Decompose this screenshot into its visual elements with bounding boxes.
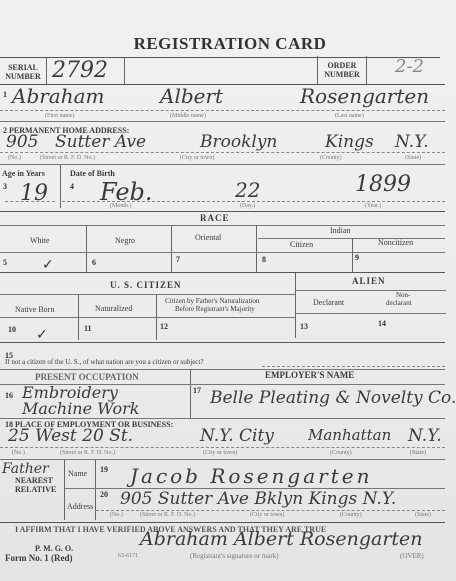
field-number: 3	[3, 182, 7, 191]
employer-value: Belle Pleating & Novelty Co.	[210, 390, 456, 407]
race-col-indian-citizen: Citizen	[290, 241, 313, 249]
caption: (City or town)	[180, 155, 214, 161]
divider	[0, 225, 445, 226]
field-number: 8	[262, 255, 266, 264]
field-number: 7	[176, 255, 180, 264]
field-number: 14	[378, 319, 386, 328]
divider	[95, 460, 96, 520]
caption: (Middle name)	[170, 113, 206, 119]
relative-address-label: Address	[67, 503, 93, 511]
race-col-white: White	[30, 237, 50, 245]
divider	[0, 164, 445, 165]
card-title: REGISTRATION CARD	[120, 34, 340, 54]
race-col-oriental: Oriental	[195, 234, 221, 242]
divider	[0, 110, 445, 111]
field-number: 1	[3, 90, 7, 99]
serial-label: SERIAL NUMBER	[3, 63, 43, 81]
divider	[5, 201, 55, 202]
alien-col-nondeclarant: Non-	[396, 292, 410, 299]
field-number: 4	[70, 182, 74, 191]
serial-value: 2792	[52, 60, 108, 82]
occupation-header: PRESENT OCCUPATION	[35, 373, 139, 382]
divider	[262, 366, 445, 367]
employment-city: N.Y. City	[200, 428, 274, 445]
divider	[0, 459, 445, 460]
caption: (City or town)	[203, 450, 237, 456]
relative-label: RELATIVE	[15, 486, 56, 494]
field-number: 16	[5, 391, 13, 400]
divider	[190, 370, 191, 418]
nearest-label: NEAREST	[15, 477, 53, 485]
relative-name-label: Name	[68, 470, 87, 478]
order-label: ORDER NUMBER	[320, 61, 364, 79]
divider	[256, 226, 257, 272]
dob-label: Date of Birth	[70, 170, 115, 178]
divider	[366, 56, 367, 84]
field-number: 17	[193, 386, 201, 395]
caption: (No.)	[8, 155, 21, 161]
caption: (State)	[415, 512, 431, 518]
caption: (State)	[405, 155, 421, 161]
divider	[0, 369, 445, 370]
us-col-naturalized: Naturalized	[95, 305, 132, 313]
caption: (State)	[410, 450, 426, 456]
us-col-native: Native Born	[15, 306, 54, 314]
over-label: (OVER)	[400, 553, 424, 560]
caption: (County)	[340, 512, 362, 518]
alien-col-nondeclarant-line2: declarant	[386, 300, 412, 307]
employer-header: EMPLOYER'S NAME	[265, 371, 354, 380]
divider	[0, 418, 445, 419]
caption: (No.)	[12, 450, 25, 456]
caption: (First name)	[45, 113, 75, 119]
divider	[0, 272, 445, 273]
divider	[352, 238, 353, 272]
white-checkmark: ✓	[42, 257, 54, 273]
first-name: Abraham	[12, 86, 105, 106]
address-street: Sutter Ave	[55, 134, 146, 151]
caption: (County)	[330, 450, 352, 456]
divider	[46, 58, 47, 84]
caption: (Street or R. F. D. No.)	[60, 450, 115, 456]
signature-caption: (Registrant's signature or mark)	[190, 553, 279, 560]
order-value: 2-2	[395, 58, 424, 76]
divider	[0, 447, 445, 448]
caption: (Street or R. F. D. No.)	[140, 512, 195, 518]
address-county: Kings	[325, 134, 374, 151]
field-number: 19	[100, 465, 108, 474]
relative-annotation: Father	[2, 462, 49, 476]
race-col-indian-noncitizen: Noncitizen	[378, 239, 413, 247]
divider	[0, 294, 295, 295]
caption: (City or town)	[250, 512, 284, 518]
caption: (No.)	[110, 512, 123, 518]
divider	[171, 226, 172, 272]
relative-address: 905 Sutter Ave Bklyn Kings N.Y.	[120, 491, 396, 508]
q15-label: If not a citizen of the U. S., of what n…	[5, 359, 203, 366]
last-name: Rosengarten	[300, 86, 429, 106]
caption: (Last name)	[335, 113, 364, 119]
divider	[124, 58, 125, 84]
field-number: 6	[92, 258, 96, 267]
divider	[0, 317, 295, 318]
divider	[295, 273, 296, 338]
address-state: N.Y.	[395, 134, 429, 151]
employment-county: Manhattan	[308, 428, 391, 443]
registrant-signature: Abraham Albert Rosengarten	[140, 530, 423, 549]
us-citizen-header: U. S. CITIZEN	[110, 281, 182, 290]
divider	[0, 252, 445, 253]
address-no: 905	[6, 134, 38, 151]
employment-street: 25 West 20 St.	[8, 428, 133, 445]
race-col-indian: Indian	[330, 227, 350, 235]
dob-day: 22	[235, 180, 260, 200]
divider	[0, 522, 445, 523]
address-city: Brooklyn	[200, 134, 277, 151]
divider	[317, 56, 318, 84]
divider	[64, 460, 65, 520]
field-number: 13	[300, 322, 308, 331]
field-number: 20	[100, 490, 108, 499]
divider	[296, 313, 446, 314]
us-col-father: Citizen by Father's Naturalization	[165, 298, 259, 305]
caption: (Year.)	[365, 203, 381, 209]
field-number: 5	[3, 258, 7, 267]
alien-header: ALIEN	[352, 277, 386, 286]
divider	[0, 121, 445, 122]
form-pmgo: P. M. G. O.	[35, 545, 73, 553]
form-number: Form No. 1 (Red)	[5, 554, 72, 563]
caption: (Street or R. F. D. No.)	[40, 155, 95, 161]
divider	[0, 152, 445, 153]
relative-name: Jacob Rosengarten	[130, 466, 372, 486]
dob-year: 1899	[355, 174, 411, 196]
divider	[86, 226, 87, 272]
middle-name: Albert	[160, 86, 223, 106]
field-number: 12	[160, 322, 168, 331]
form-code: 63-6171	[118, 553, 138, 559]
race-header: RACE	[200, 214, 230, 223]
registration-card: REGISTRATION CARD SERIAL NUMBER 2792 ORD…	[0, 0, 456, 581]
divider	[60, 165, 61, 208]
field-number: 11	[84, 324, 92, 333]
divider	[62, 201, 445, 202]
caption: (County)	[320, 155, 342, 161]
occupation-line2: Machine Work	[22, 401, 140, 417]
race-col-negro: Negro	[115, 237, 135, 245]
divider	[0, 342, 445, 343]
native-born-checkmark: ✓	[36, 327, 48, 343]
field-number: 9	[355, 253, 359, 262]
employment-state: N.Y.	[408, 428, 442, 445]
divider	[0, 211, 445, 212]
field-number: 10	[8, 325, 16, 334]
caption: (Day.)	[240, 203, 255, 209]
caption: (Month.)	[110, 203, 132, 209]
alien-col-declarant: Declarant	[313, 299, 344, 307]
divider	[296, 290, 446, 291]
age-label: Age in Years	[2, 170, 45, 178]
divider	[96, 510, 445, 511]
us-col-father-line2: Before Registrant's Majority	[175, 306, 255, 313]
